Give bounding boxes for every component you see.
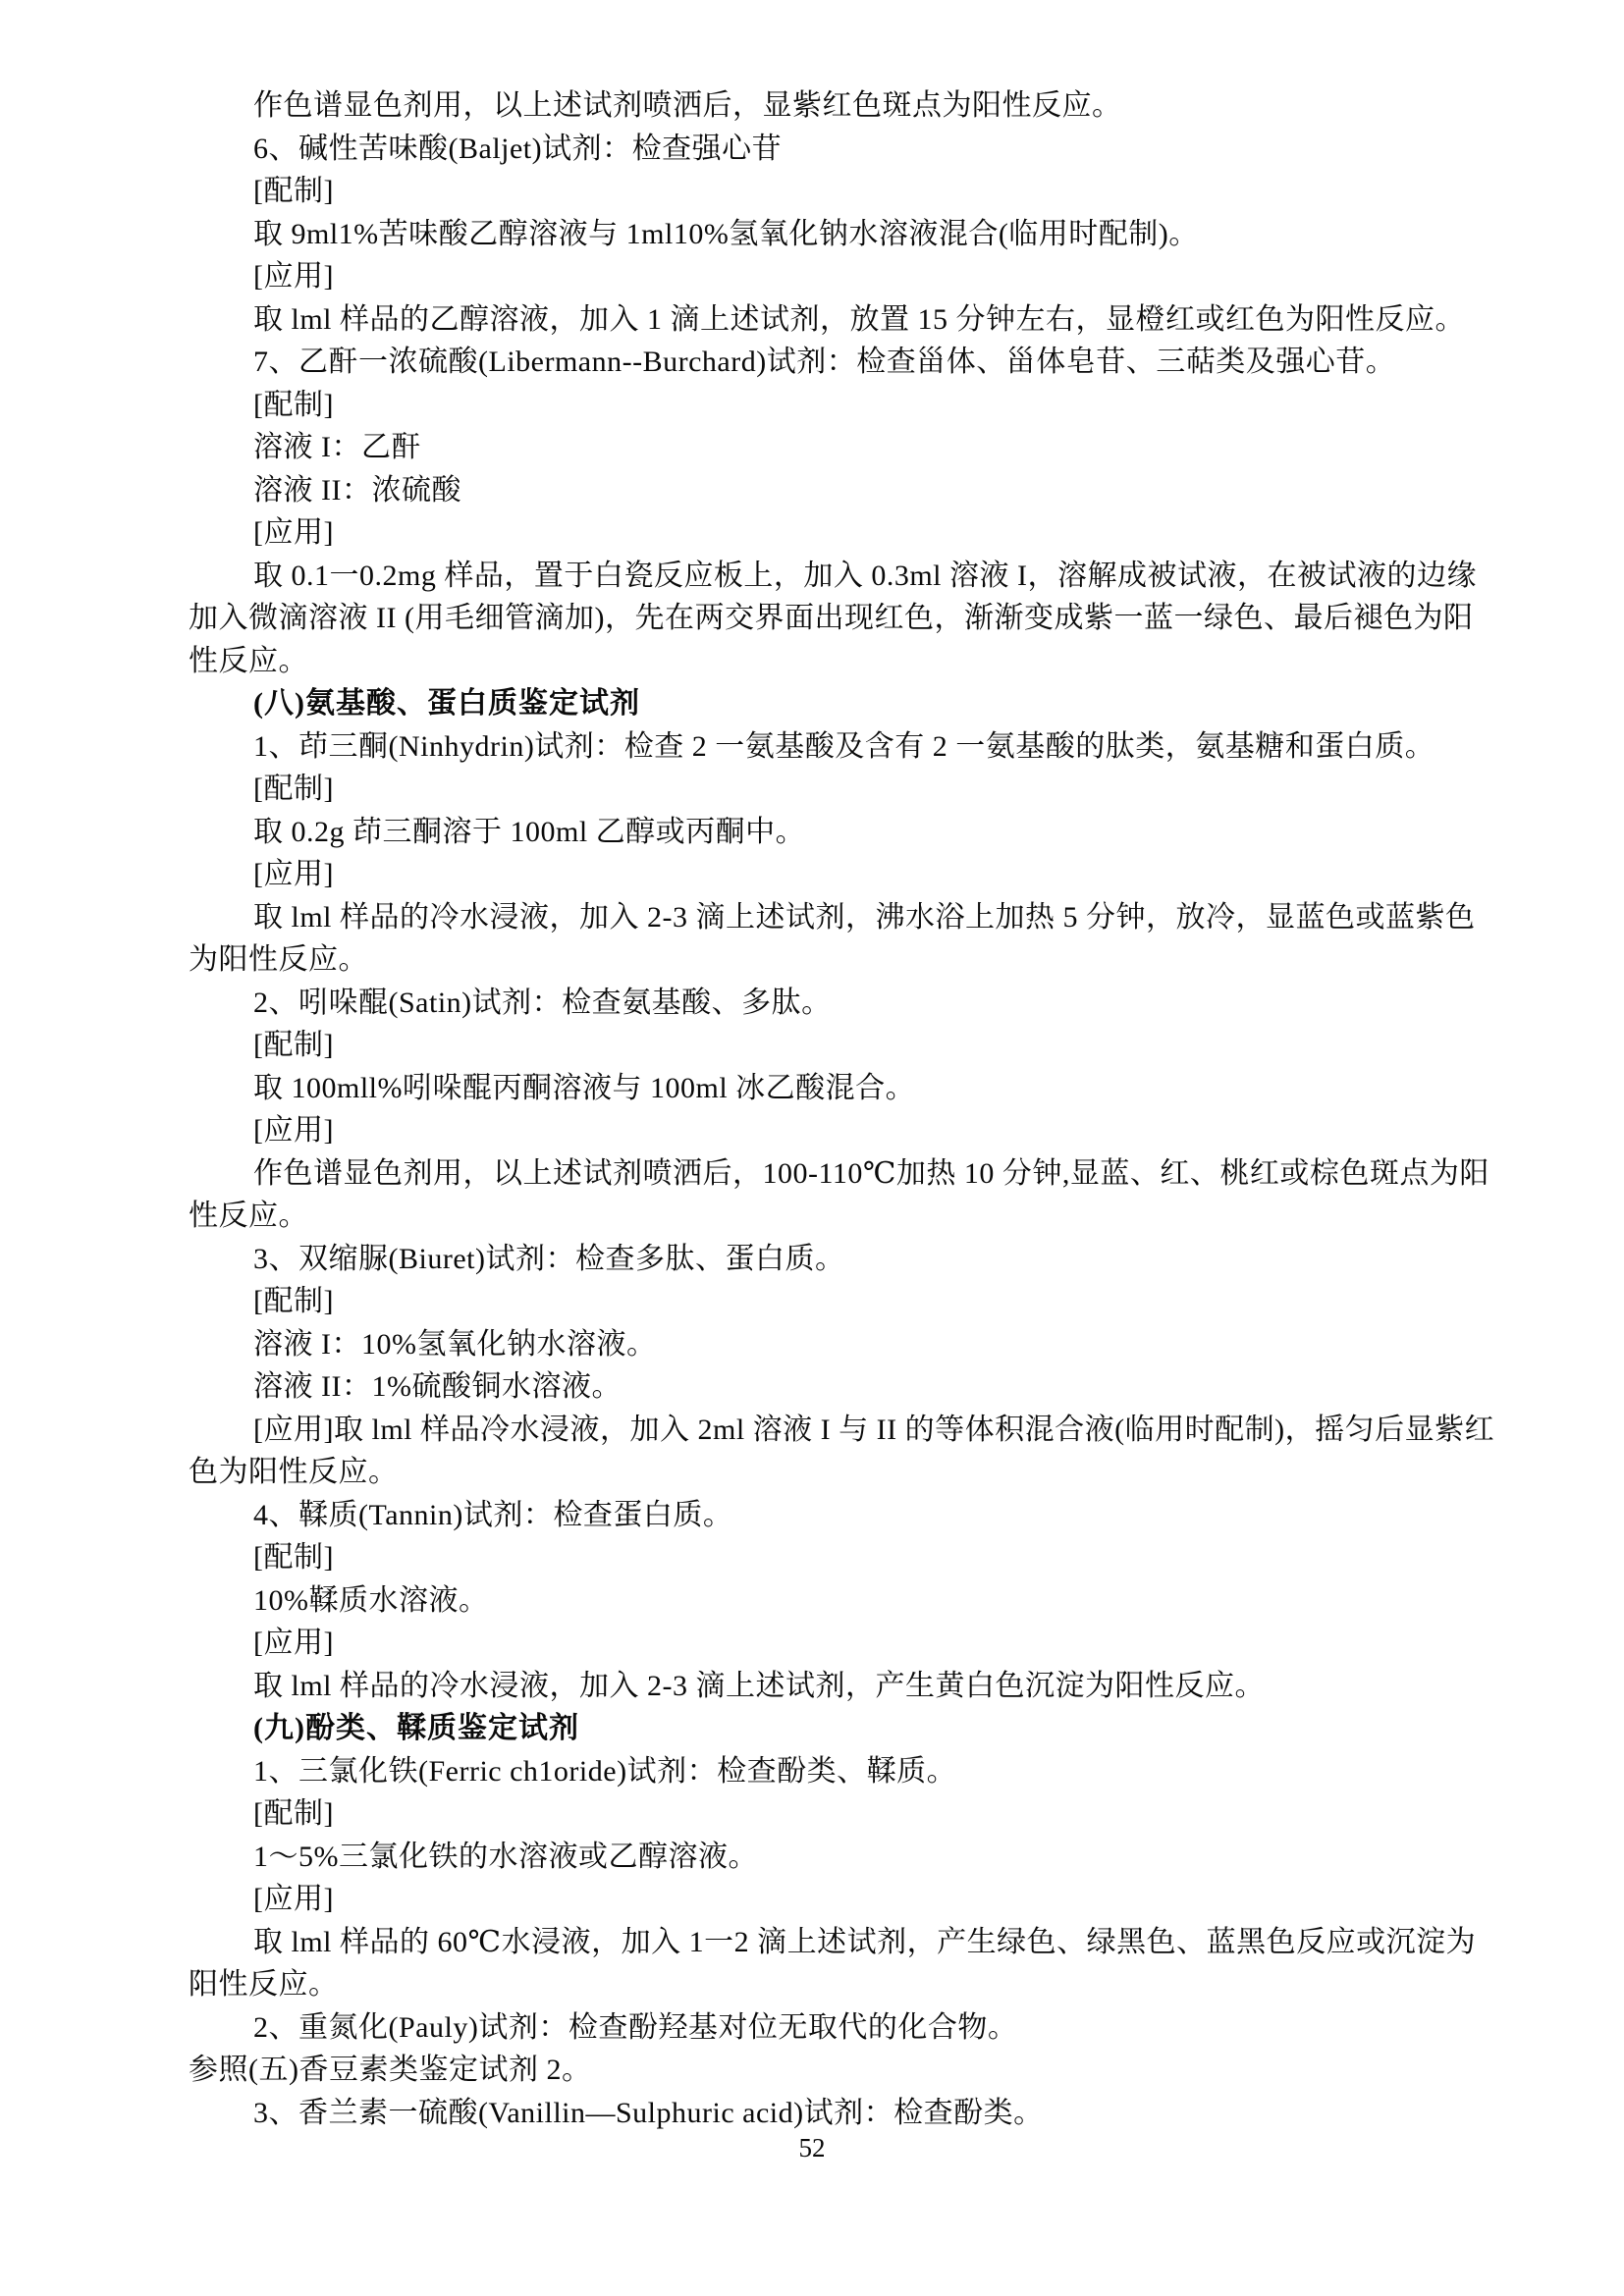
text-line: [应用] xyxy=(189,1622,1428,1665)
text-line: [配制] xyxy=(189,1536,1428,1579)
section-heading: (八)氨基酸、蛋白质鉴定试剂 xyxy=(189,682,1428,725)
text-line: 3、双缩脲(Biuret)试剂：检查多肽、蛋白质。 xyxy=(189,1238,1428,1281)
text-line: 1～5%三氯化铁的水溶液或乙醇溶液。 xyxy=(189,1836,1428,1879)
text-line: 作色谱显色剂用，以上述试剂喷洒后，100-110℃加热 10 分钟,显蓝、红、桃… xyxy=(189,1152,1428,1196)
text-line: [配制] xyxy=(189,768,1428,811)
page-number: 52 xyxy=(0,2128,1624,2167)
text-line: 取 lml 样品的冷水浸液，加入 2-3 滴上述试剂，产生黄白色沉淀为阳性反应。 xyxy=(189,1665,1428,1708)
text-line: 性反应。 xyxy=(189,640,1428,683)
text-line: 参照(五)香豆素类鉴定试剂 2。 xyxy=(189,2049,1428,2092)
text-line: [配制] xyxy=(189,1792,1428,1836)
text-line: [应用] xyxy=(189,511,1428,555)
text-line: 取 0.1一0.2mg 样品，置于白瓷反应板上，加入 0.3ml 溶液 I，溶解… xyxy=(189,555,1428,598)
text-line: 6、碱性苦味酸(Baljet)试剂：检查强心苷 xyxy=(189,128,1428,171)
text-line: [配制] xyxy=(189,384,1428,427)
text-line: [应用] xyxy=(189,255,1428,298)
text-line: 取 100mll%吲哚醌丙酮溶液与 100ml 冰乙酸混合。 xyxy=(189,1067,1428,1110)
text-line: [配制] xyxy=(189,1280,1428,1323)
text-line: [应用] xyxy=(189,1109,1428,1152)
document-page: 作色谱显色剂用，以上述试剂喷洒后，显紫红色斑点为阳性反应。6、碱性苦味酸(Bal… xyxy=(0,0,1624,2296)
text-line: [应用]取 lml 样品冷水浸液，加入 2ml 溶液 I 与 II 的等体积混合… xyxy=(189,1409,1428,1452)
text-line: [应用] xyxy=(189,853,1428,896)
text-line: 阳性反应。 xyxy=(189,1963,1428,2006)
section-heading: (九)酚类、鞣质鉴定试剂 xyxy=(189,1707,1428,1750)
text-block: 作色谱显色剂用，以上述试剂喷洒后，显紫红色斑点为阳性反应。6、碱性苦味酸(Bal… xyxy=(189,84,1428,2134)
text-line: 2、吲哚醌(Satin)试剂：检查氨基酸、多肽。 xyxy=(189,982,1428,1025)
text-line: 溶液 I：乙酐 xyxy=(189,426,1428,469)
text-line: 4、鞣质(Tannin)试剂：检查蛋白质。 xyxy=(189,1494,1428,1537)
text-line: [应用] xyxy=(189,1878,1428,1921)
text-line: 溶液 II：1%硫酸铜水溶液。 xyxy=(189,1365,1428,1409)
text-line: 作色谱显色剂用，以上述试剂喷洒后，显紫红色斑点为阳性反应。 xyxy=(189,84,1428,128)
text-line: 1、茚三酮(Ninhydrin)试剂：检查 2 一氨基酸及含有 2 一氨基酸的肽… xyxy=(189,725,1428,769)
text-line: 1、三氯化铁(Ferric ch1oride)试剂：检查酚类、鞣质。 xyxy=(189,1750,1428,1793)
text-line: [配制] xyxy=(189,1024,1428,1067)
text-line: 取 lml 样品的 60℃水浸液，加入 1一2 滴上述试剂，产生绿色、绿黑色、蓝… xyxy=(189,1921,1428,1964)
text-line: 溶液 II：浓硫酸 xyxy=(189,469,1428,512)
text-line: 取 0.2g 茚三酮溶于 100ml 乙醇或丙酮中。 xyxy=(189,811,1428,854)
text-line: 溶液 I：10%氢氧化钠水溶液。 xyxy=(189,1323,1428,1366)
text-line: 为阳性反应。 xyxy=(189,938,1428,982)
text-line: 7、乙酐一浓硫酸(Libermann--Burchard)试剂：检查甾体、甾体皂… xyxy=(189,341,1428,384)
text-line: 取 lml 样品的冷水浸液，加入 2-3 滴上述试剂，沸水浴上加热 5 分钟，放… xyxy=(189,896,1428,939)
text-line: 10%鞣质水溶液。 xyxy=(189,1579,1428,1623)
text-line: 取 9ml1%苦味酸乙醇溶液与 1ml10%氢氧化钠水溶液混合(临用时配制)。 xyxy=(189,213,1428,256)
text-line: 取 lml 样品的乙醇溶液，加入 1 滴上述试剂，放置 15 分钟左右，显橙红或… xyxy=(189,298,1428,342)
text-line: 性反应。 xyxy=(189,1195,1428,1238)
text-line: 2、重氮化(Pauly)试剂：检查酚羟基对位无取代的化合物。 xyxy=(189,2006,1428,2050)
text-line: 加入微滴溶液 II (用毛细管滴加)，先在两交界面出现红色，渐渐变成紫一蓝一绿色… xyxy=(189,597,1428,640)
text-line: [配制] xyxy=(189,170,1428,213)
text-line: 色为阳性反应。 xyxy=(189,1451,1428,1494)
